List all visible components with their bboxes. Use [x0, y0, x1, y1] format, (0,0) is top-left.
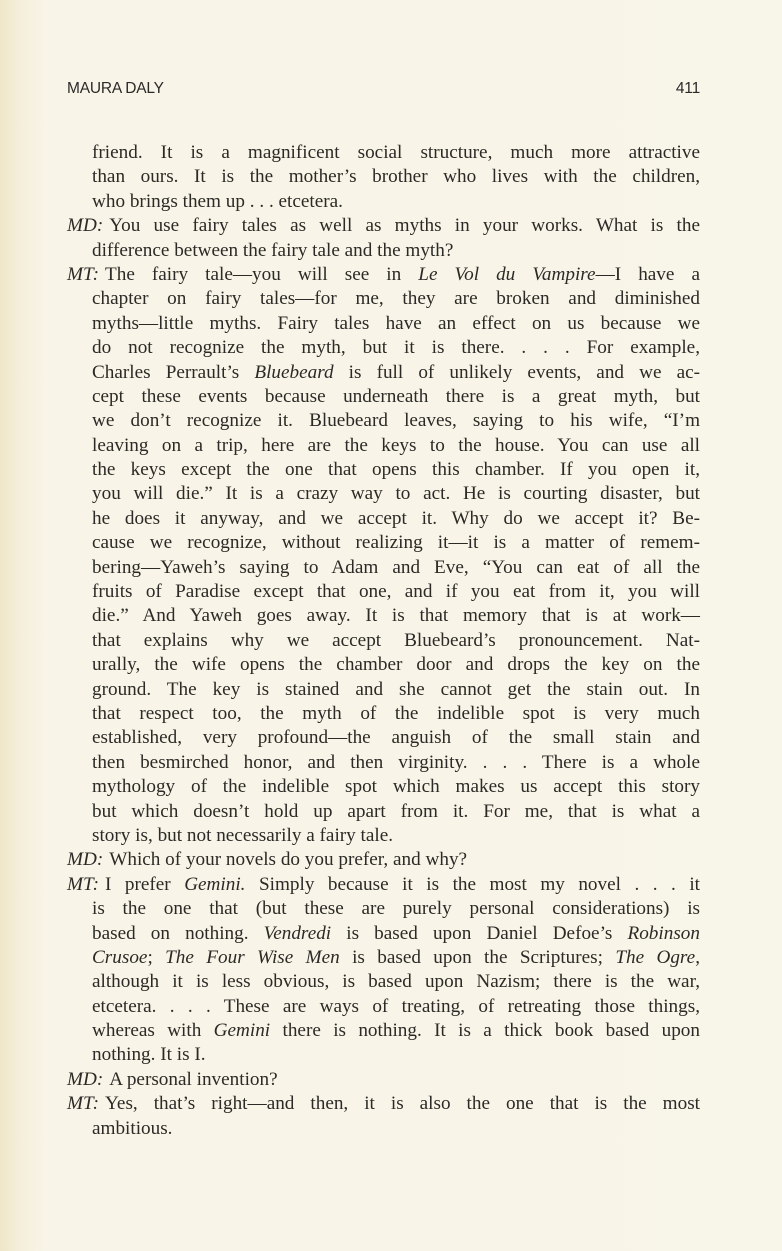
- text-line: is the one that (but these are purely pe…: [67, 897, 700, 921]
- speaker-label: MD:: [67, 215, 103, 236]
- text-line: that respect too, the myth of the indeli…: [67, 702, 700, 726]
- speaker-line: MT:I prefer Gemini. Simply because it is…: [67, 873, 700, 897]
- text-line: you will die.” It is a crazy way to act.…: [67, 482, 700, 506]
- running-head-author: MAURA DALY: [67, 80, 164, 98]
- speaker-line: MD:Which of your novels do you prefer, a…: [67, 848, 700, 872]
- text-line: ground. The key is stained and she canno…: [67, 678, 700, 702]
- speaker-label: MT:: [67, 264, 99, 285]
- text-line: fruits of Paradise except that one, and …: [67, 580, 700, 604]
- document-page: MAURA DALY 411 friend. It is a magnifice…: [0, 0, 782, 1251]
- running-head: MAURA DALY 411: [67, 80, 700, 104]
- text-line: but which doesn’t hold up apart from it.…: [67, 800, 700, 824]
- text-line: do not recognize the myth, but it is the…: [67, 336, 700, 360]
- speaker-line: MT:Yes, that’s right—and then, it is als…: [67, 1092, 700, 1116]
- text-line: ambitious.: [67, 1117, 700, 1141]
- page-number: 411: [676, 80, 700, 98]
- text-line: mythology of the indelible spot which ma…: [67, 775, 700, 799]
- text-line: who brings them up . . . etcetera.: [67, 190, 700, 214]
- text-line: chapter on fairy tales—for me, they are …: [67, 287, 700, 311]
- text-line: established, very profound—the anguish o…: [67, 726, 700, 750]
- text-line: etcetera. . . . These are ways of treati…: [67, 995, 700, 1019]
- text-line: then besmirched honor, and then virginit…: [67, 751, 700, 775]
- speaker-line: MD:A personal invention?: [67, 1068, 700, 1092]
- text-line: friend. It is a magnificent social struc…: [67, 141, 700, 165]
- text-line: leaving on a trip, here are the keys to …: [67, 434, 700, 458]
- speaker-label: MT:: [67, 874, 99, 895]
- text-line: that explains why we accept Bluebeard’s …: [67, 629, 700, 653]
- speaker-line: MD:You use fairy tales as well as myths …: [67, 214, 700, 238]
- text-line: he does it anyway, and we accept it. Why…: [67, 507, 700, 531]
- interview-body-text: friend. It is a magnificent social struc…: [67, 141, 700, 1141]
- text-line: cause we recognize, without realizing it…: [67, 531, 700, 555]
- speaker-label: MD:: [67, 849, 103, 870]
- text-line: we don’t recognize it. Bluebeard leaves,…: [67, 409, 700, 433]
- text-line: nothing. It is I.: [67, 1043, 700, 1067]
- text-line: based on nothing. Vendredi is based upon…: [67, 922, 700, 946]
- text-line: bering—Yaweh’s saying to Adam and Eve, “…: [67, 556, 700, 580]
- text-line: cept these events because underneath the…: [67, 385, 700, 409]
- text-line: difference between the fairy tale and th…: [67, 239, 700, 263]
- text-line: myths—little myths. Fairy tales have an …: [67, 312, 700, 336]
- speaker-line: MT:The fairy tale—you will see in Le Vol…: [67, 263, 700, 287]
- speaker-label: MT:: [67, 1093, 99, 1114]
- text-line: than ours. It is the mother’s brother wh…: [67, 165, 700, 189]
- speaker-label: MD:: [67, 1069, 103, 1090]
- text-line: although it is less obvious, is based up…: [67, 970, 700, 994]
- text-line: die.” And Yaweh goes away. It is that me…: [67, 604, 700, 628]
- text-line: the keys except the one that opens this …: [67, 458, 700, 482]
- text-line: Charles Perrault’s Bluebeard is full of …: [67, 361, 700, 385]
- text-line: story is, but not necessarily a fairy ta…: [67, 824, 700, 848]
- text-line: urally, the wife opens the chamber door …: [67, 653, 700, 677]
- text-line: Crusoe; The Four Wise Men is based upon …: [67, 946, 700, 970]
- text-line: whereas with Gemini there is nothing. It…: [67, 1019, 700, 1043]
